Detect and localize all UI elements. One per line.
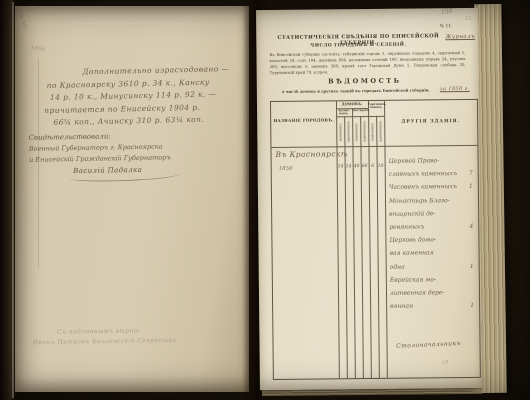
other-building-text: славныхъ каменныхъ — [389, 170, 457, 178]
table-line — [376, 116, 380, 378]
cell-value: 14 — [337, 164, 345, 169]
other-building-value: 7 — [469, 170, 473, 177]
clerk-note: Иванъ Петровъ Коллежскій Секретарь — [33, 337, 177, 347]
left-page: Дѣло 1850 Дополнительно израсходовано — … — [15, 6, 249, 392]
clerk-signature: Столоначальникъ — [381, 339, 475, 350]
cover-edge-highlight — [12, 2, 14, 398]
material-label: деревянныхъ. — [376, 117, 384, 146]
table-line — [360, 116, 364, 378]
column-header-city: НАЗВАНІЕ ГОРОДОВЪ. — [273, 117, 334, 123]
other-building-line: Еврейская мо- — [390, 276, 476, 290]
other-building-text: одна — [390, 263, 405, 270]
other-building-line: Церковь домо- — [389, 236, 475, 250]
other-building-line: одна1 — [390, 262, 476, 276]
other-building-line: вянная1 — [390, 302, 476, 316]
other-building-text: вѣщенскій де- — [389, 210, 435, 217]
other-building-line: славныхъ каменныхъ7 — [389, 170, 475, 184]
city-name: Въ Красноярскѣ — [275, 149, 347, 159]
row-year: 1850 — [279, 166, 293, 172]
statistics-table: НАЗВАНІЕ ГОРОДОВЪ. ДОМОВЪ. Казен-ныхъ. Ч… — [270, 99, 481, 380]
other-building-line: литвенная дере- — [390, 289, 476, 303]
column-sub-state: Казен-ныхъ. — [336, 109, 352, 115]
column-group-houses: ДОМОВЪ. — [336, 102, 368, 106]
other-building-line: вая каменная — [390, 249, 476, 263]
cell-value: 6 — [369, 164, 377, 169]
column-sub-private: Частныхъ. — [352, 109, 368, 112]
attestation-block: Свидѣтельствовали: Военный Губернаторъ г… — [29, 130, 240, 183]
cell-value: 10 — [377, 164, 385, 169]
attestation-line: Военный Губернаторъ г. Красноярска — [29, 141, 239, 153]
other-building-text: вая каменная — [390, 250, 434, 257]
folio-number: 158 — [441, 7, 453, 16]
other-building-text: Еврейская мо- — [390, 276, 436, 283]
cell-value: 14 — [345, 164, 353, 169]
other-building-value: 1 — [469, 183, 473, 190]
cell-value: 40 — [353, 164, 361, 169]
other-building-text: Церквей Право- — [389, 157, 440, 165]
scanned-book-photo: Дѣло 1850 Дополнительно израсходовано — … — [0, 0, 530, 400]
folio-secondary-number: 13. — [465, 16, 473, 22]
attestation-line: и Енисейскій Гражданскій Губернаторъ — [29, 152, 239, 164]
other-building-text: литвенная дере- — [390, 289, 445, 297]
cell-value: 66 — [361, 164, 369, 169]
title-annotation: Журналъ — [445, 34, 475, 40]
table-line — [384, 101, 388, 378]
corner-year-note: 1850 — [31, 45, 46, 53]
page-subtitle: ЧИСЛО ГОРОДОВЪ И СЕЛЕНІЙ. — [264, 42, 452, 49]
vedomost-title: ВѢДОМОСТЬ — [265, 76, 465, 86]
other-building-text: вянная — [390, 303, 413, 310]
other-building-line: Монастырь Благо- — [389, 196, 475, 210]
other-building-text: Часовенъ каменныхъ — [389, 183, 457, 191]
other-building-line: Часовенъ каменныхъ1 — [389, 183, 475, 197]
other-building-line: вѣщенскій де- — [389, 210, 475, 224]
attestation-heading: Свидѣтельствовали: — [29, 130, 239, 142]
vedomost-annotation: за 1850 г. — [440, 86, 470, 92]
clerk-note: Съ подлиннымъ вѣрно: — [57, 327, 140, 335]
other-building-value: 4 — [469, 223, 473, 230]
right-page: 158 13. № 11. СТАТИСТИЧЕСКІЯ СВѢДѢНІЯ ПО… — [256, 8, 482, 390]
spine-note: Дѣло — [14, 6, 30, 30]
column-group-shops: Торговыхъ лавокъ. — [368, 103, 384, 110]
other-buildings-list: Церквей Право- славныхъ каменныхъ7 Часов… — [389, 157, 477, 316]
material-label: деревянныхъ. — [344, 117, 352, 146]
vedomost-subtitle: о числѣ домовъ и другихъ зданій въ город… — [265, 88, 447, 94]
column-header-other: ДРУГІЯ ЗДАНІЯ. — [384, 119, 477, 125]
other-building-value: 1 — [470, 302, 474, 309]
handwritten-main-text: Дополнительно израсходовано — по Красноя… — [40, 64, 243, 131]
other-building-line: ревянныхъ4 — [389, 223, 475, 237]
document-number: № 11. — [424, 24, 468, 29]
material-label: каменныхъ. — [336, 117, 344, 146]
other-building-value: 1 — [470, 262, 474, 269]
intro-paragraph: Въ Енисейской губерніи состоитъ: губернс… — [269, 50, 465, 76]
other-building-line: Церквей Право- — [389, 157, 475, 171]
other-building-text: Церковь домо- — [389, 236, 436, 243]
other-building-text: Монастырь Благо- — [389, 197, 450, 205]
other-building-text: ревянныхъ — [389, 223, 424, 230]
table-line — [352, 108, 356, 378]
